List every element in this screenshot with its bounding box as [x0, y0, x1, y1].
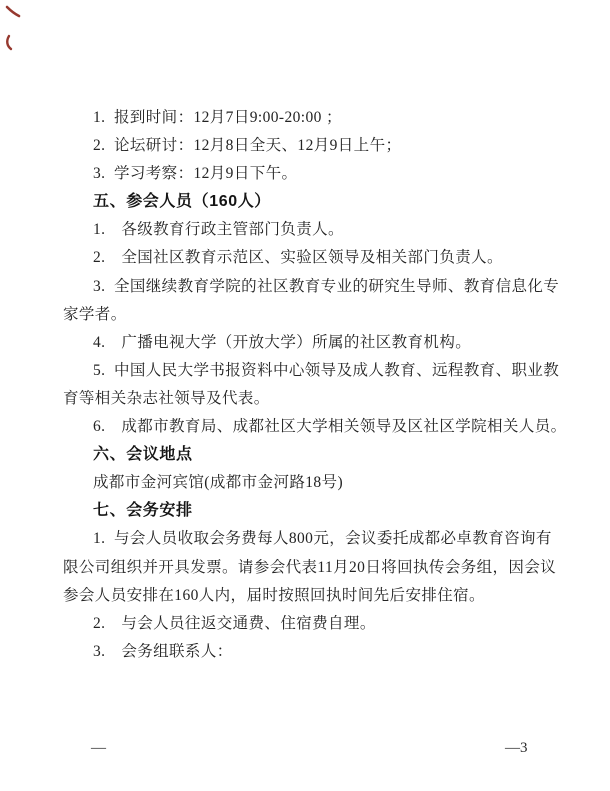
red-pen-mark-icon [4, 34, 15, 52]
paragraph-continuation: 家学者。 [63, 301, 563, 329]
venue-address: 成都市金河宾馆(成都市金河路18号) [63, 469, 563, 497]
list-item: 6. 成都市教育局、成都社区大学相关领导及区社区学院相关人员。 [63, 413, 563, 441]
document-body: 1. 报到时间：12月7日9:00-20:00 ； 2. 论坛研讨：12月8日全… [63, 104, 563, 666]
list-item: 1. 报到时间：12月7日9:00-20:00 ； [63, 104, 563, 132]
list-item: 3. 学习考察：12月9日下午。 [63, 160, 563, 188]
list-item: 1. 各级教育行政主管部门负责人。 [63, 216, 563, 244]
paragraph-continuation: 参会人员安排在160人内，届时按照回执时间先后安排住宿。 [63, 582, 563, 610]
list-item: 2. 论坛研讨：12月8日全天、12月9日上午； [63, 132, 563, 160]
heading-venue: 六、会议地点 [63, 441, 563, 469]
heading-arrangements: 七、会务安排 [63, 497, 563, 525]
document-page: 1. 报到时间：12月7日9:00-20:00 ； 2. 论坛研讨：12月8日全… [0, 0, 610, 791]
list-item: 5. 中国人民大学书报资料中心领导及成人教育、远程教育、职业教 [63, 357, 563, 385]
list-item: 2. 与会人员往返交通费、住宿费自理。 [63, 610, 563, 638]
red-pen-mark-icon [5, 4, 22, 20]
list-item: 3. 会务组联系人： [63, 638, 563, 666]
list-item: 1. 与会人员收取会务费每人800元，会议委托成都必卓教育咨询有 [63, 525, 563, 553]
heading-participants: 五、参会人员（160人） [63, 188, 563, 216]
list-item: 3. 全国继续教育学院的社区教育专业的研究生导师、教育信息化专 [63, 273, 563, 301]
paragraph-continuation: 育等相关杂志社领导及代表。 [63, 385, 563, 413]
page-number: —3 [505, 734, 528, 762]
footer-dash: — [91, 734, 106, 762]
list-item: 4. 广播电视大学（开放大学）所属的社区教育机构。 [63, 329, 563, 357]
paragraph-continuation: 限公司组织并开具发票。请参会代表11月20日将回执传会务组，因会议 [63, 554, 563, 582]
list-item: 2. 全国社区教育示范区、实验区领导及相关部门负责人。 [63, 244, 563, 272]
